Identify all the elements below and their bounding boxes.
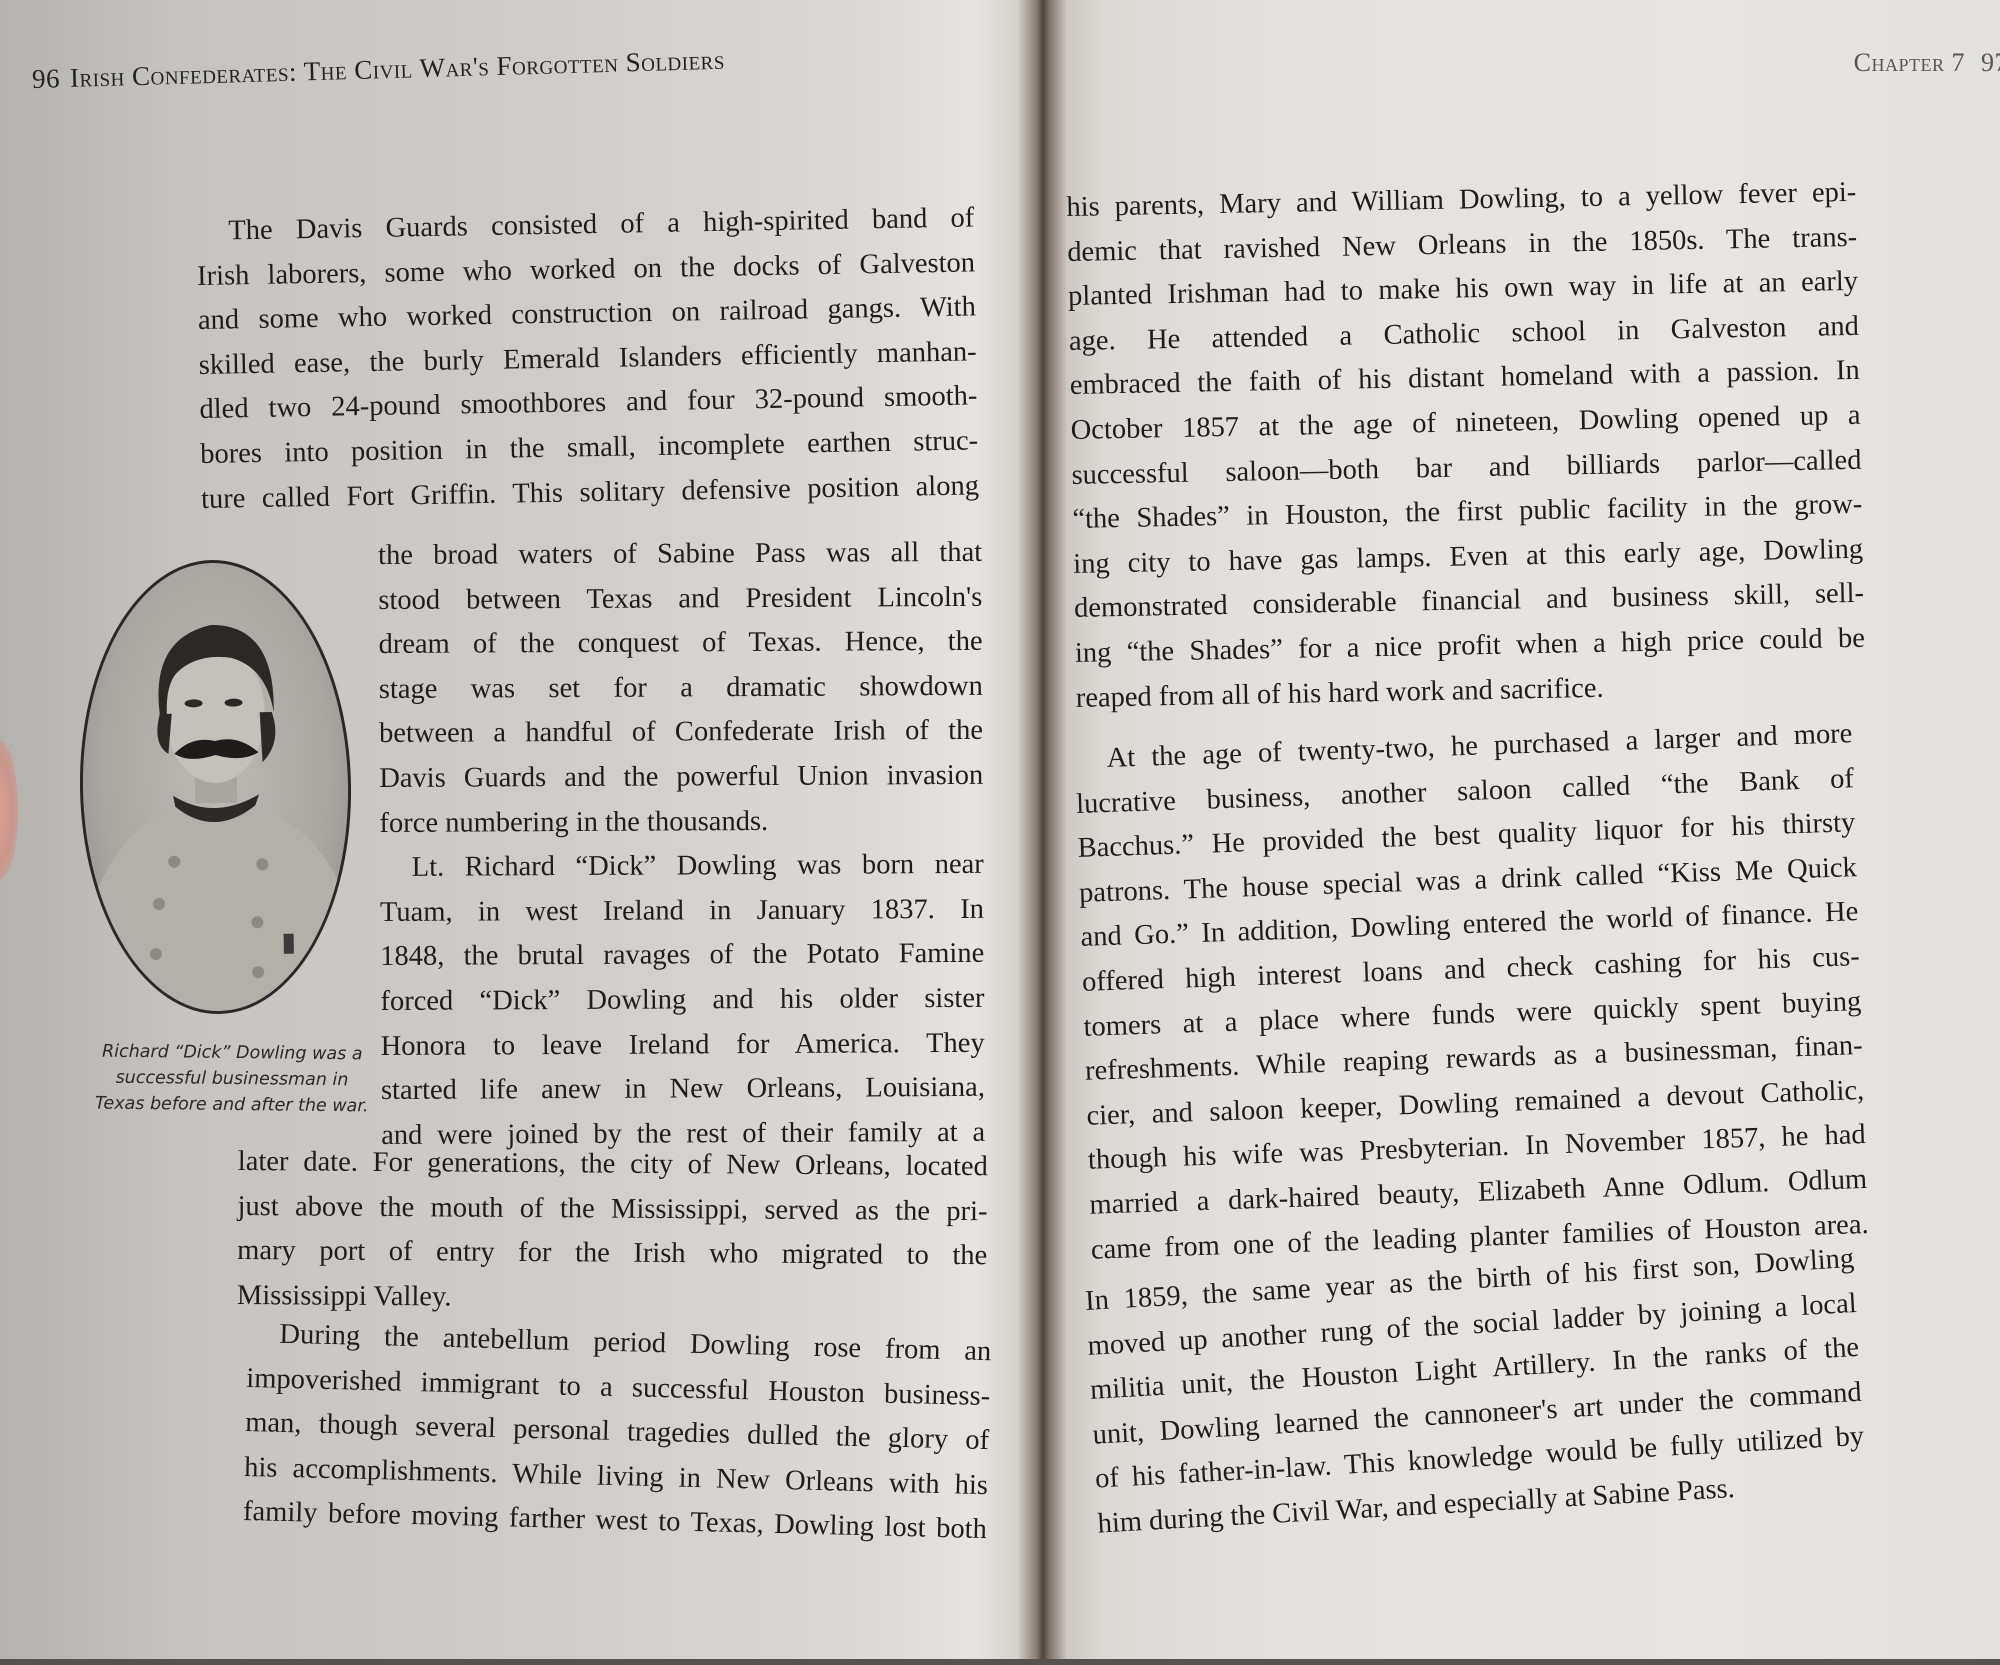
text-line: Tuam, in west Ireland in January 1837. I… [380, 888, 984, 936]
text-line: the broad waters of Sabine Pass was all … [378, 531, 982, 579]
text-line: mary port of entry for the Irish who mig… [237, 1229, 987, 1279]
right-paragraph-2-continued: In 1859, the same year as the birth of h… [1084, 1237, 1868, 1547]
text-line: just above the mouth of the Mississippi,… [237, 1185, 987, 1235]
right-page-number: 97 [1981, 48, 2000, 77]
right-running-head: Chapter 797 [1854, 48, 2000, 78]
portrait-caption: Richard “Dick” Dowling was a successful … [82, 1038, 383, 1119]
left-paragraph-1-full-width: The Davis Guards consisted of a high-spi… [196, 196, 979, 522]
portrait-illustration-icon [79, 561, 352, 1014]
left-wraparound-text: the broad waters of Sabine Pass was all … [378, 531, 985, 1158]
table-surface-edge [0, 1659, 2000, 1665]
right-paragraph-1: his parents, Mary and William Dowling, t… [1066, 171, 1866, 721]
text-line: force numbering in the thousands. [379, 798, 983, 846]
chapter-label: Chapter 7 [1854, 48, 1965, 77]
left-page: 96Irish Confederates: The Civil War's Fo… [0, 0, 1028, 1665]
dowling-portrait-image [76, 558, 355, 1017]
text-line: between a handful of Confederate Irish o… [379, 709, 983, 757]
text-line: stood between Texas and President Lincol… [378, 575, 982, 623]
text-line: stage was set for a dramatic showdown [379, 665, 983, 713]
left-paragraph-2-continued: later date. For generations, the city of… [237, 1140, 988, 1324]
right-paragraph-2: At the age of twenty-two, he purchased a… [1074, 712, 1869, 1273]
text-line: forced “Dick” Dowling and his older sist… [380, 977, 984, 1025]
left-page-number: 96 [32, 63, 61, 94]
text-line: Honora to leave Ireland for America. The… [381, 1021, 985, 1069]
book-gutter [1018, 0, 1066, 1665]
text-line: Davis Guards and the powerful Union inva… [379, 754, 983, 802]
text-line: later date. For generations, the city of… [238, 1140, 988, 1190]
open-book-spread: 96Irish Confederates: The Civil War's Fo… [0, 0, 2000, 1665]
left-running-head: 96Irish Confederates: The Civil War's Fo… [32, 45, 726, 95]
thumb-holding-page [0, 740, 18, 880]
book-title: Irish Confederates: The Civil War's Forg… [70, 45, 726, 93]
text-line: Lt. Richard “Dick” Dowling was born near [380, 843, 984, 891]
caption-line: successful businessman in [82, 1064, 382, 1093]
caption-line: Richard “Dick” Dowling was a [82, 1038, 382, 1067]
left-paragraph-3: During the antebellum period Dowling ros… [243, 1312, 992, 1553]
caption-line: Texas before and after the war. [82, 1090, 382, 1119]
text-line: started life anew in New Orleans, Louisi… [381, 1066, 985, 1114]
text-line: 1848, the brutal ravages of the Potato F… [380, 932, 984, 980]
text-line: dream of the conquest of Texas. Hence, t… [378, 620, 982, 668]
